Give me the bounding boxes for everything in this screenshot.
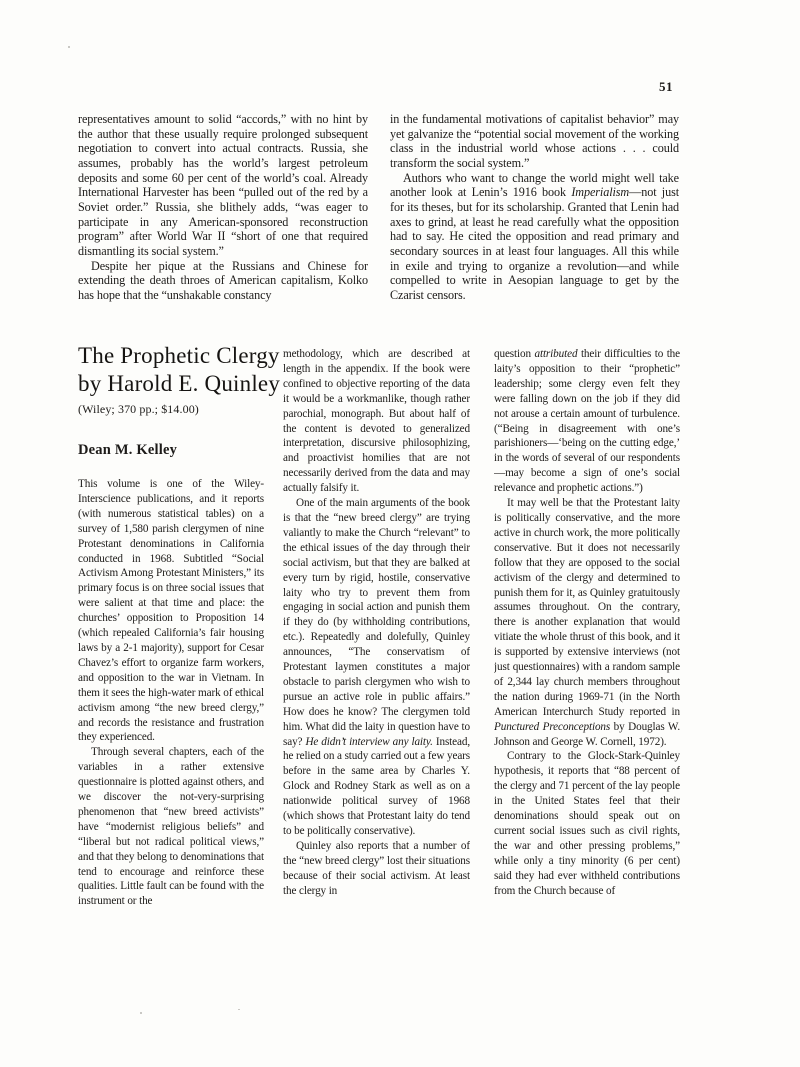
paragraph: Authors who want to change the world mig…	[390, 171, 679, 303]
book-title: The Prophetic Clergy by Harold E. Quinle…	[78, 342, 288, 398]
scanned-page: 51 representatives amount to solid “acco…	[0, 0, 800, 1067]
paragraph: methodology, which are described at leng…	[283, 347, 470, 496]
scan-speck	[68, 46, 70, 48]
book-title-line2: by Harold E. Quinley	[78, 371, 280, 396]
paragraph: One of the main arguments of the book is…	[283, 496, 470, 839]
article-left-column: representatives amount to solid “accords…	[78, 112, 368, 324]
paragraph: Through several chapters, each of the va…	[78, 745, 264, 909]
paragraph: question attributed their difficulties t…	[494, 347, 680, 496]
reviewer-name: Dean M. Kelley	[78, 442, 288, 459]
book-publication-info: (Wiley; 370 pp.; $14.00)	[78, 402, 288, 417]
paragraph: representatives amount to solid “accords…	[78, 112, 368, 259]
paragraph: This volume is one of the Wiley-Intersci…	[78, 477, 264, 745]
scan-speck	[238, 1009, 240, 1010]
book-title-line1: The Prophetic Clergy	[78, 343, 280, 368]
review-column-3: question attributed their difficulties t…	[494, 347, 680, 979]
paragraph: Contrary to the Glock-Stark-Quinley hypo…	[494, 749, 680, 898]
paragraph: in the fundamental motivations of capita…	[390, 112, 679, 171]
article-right-column: in the fundamental motivations of capita…	[390, 112, 679, 324]
scan-speck	[140, 1012, 142, 1014]
paragraph: Quinley also reports that a number of th…	[283, 839, 470, 899]
review-column-1: This volume is one of the Wiley-Intersci…	[78, 477, 264, 971]
review-header: The Prophetic Clergy by Harold E. Quinle…	[78, 342, 288, 459]
page-number: 51	[659, 79, 673, 95]
paragraph: Despite her pique at the Russians and Ch…	[78, 259, 368, 303]
review-column-2: methodology, which are described at leng…	[283, 347, 470, 979]
paragraph: It may well be that the Protestant laity…	[494, 496, 680, 749]
